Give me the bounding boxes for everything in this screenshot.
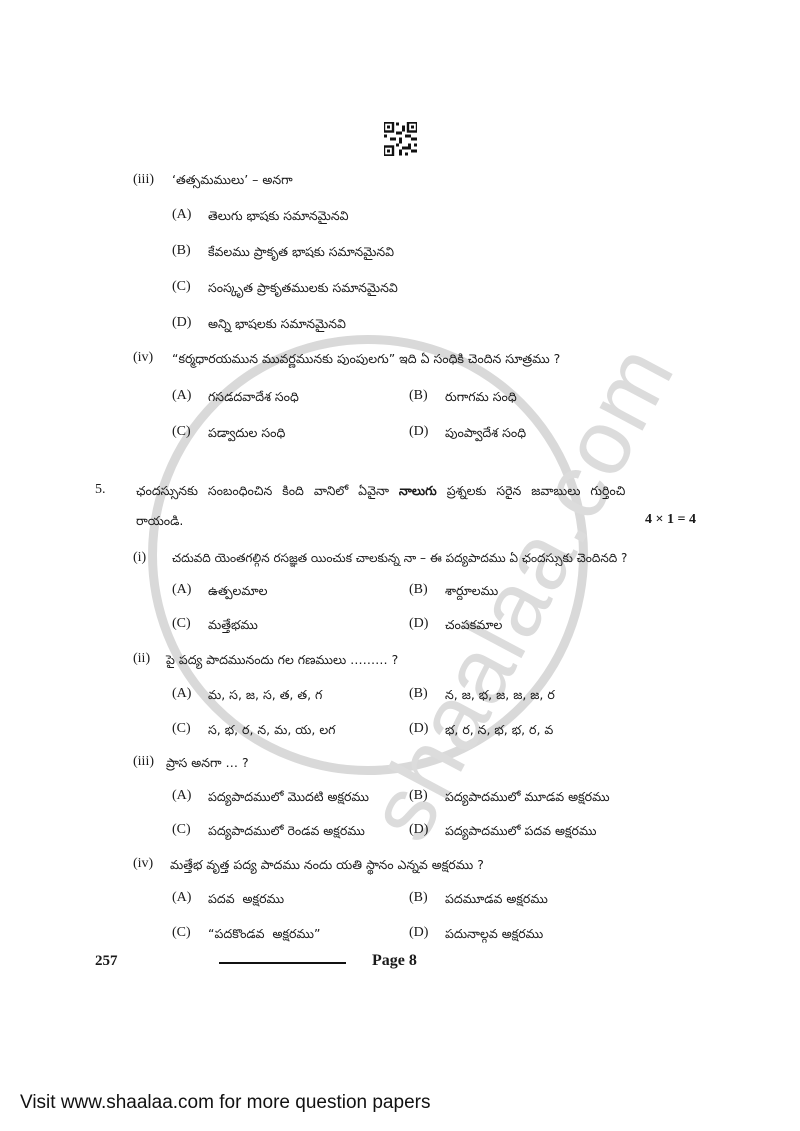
subquestion-number: (iii) xyxy=(133,754,154,770)
option-text: పుంప్వాదేశ సంధి xyxy=(445,425,526,444)
option-label: (A) xyxy=(172,788,191,804)
subquestion-text: చదువది యెంతగల్గిన రసజ్ఞత యించుక చాలకున్న… xyxy=(172,551,627,568)
option-label: (C) xyxy=(172,616,191,632)
option-label: (B) xyxy=(409,582,428,598)
option-label: (C) xyxy=(172,721,191,737)
option-label: (D) xyxy=(409,616,428,632)
option-text: “పదకొండవ అక్షరము” xyxy=(208,926,320,945)
option-label: (B) xyxy=(409,890,428,906)
option-text: రుగాగమ సంధి xyxy=(445,389,517,408)
option-label: (B) xyxy=(409,388,428,404)
option-text: తెలుగు భాషకు సమానమైనవి xyxy=(208,208,349,227)
question-number: (iv) xyxy=(133,350,153,366)
question-text: ఛందస్సునకు సంబంధించిన కింది వానిలో ఏవైనా… xyxy=(136,483,625,502)
subquestion-number: (iv) xyxy=(133,856,153,872)
option-text: న, జ, భ, జ, జ, జ, ర xyxy=(445,687,555,706)
subquestion-number: (ii) xyxy=(133,651,150,667)
option-label: (B) xyxy=(409,788,428,804)
option-text: శార్దూలము xyxy=(445,583,498,602)
option-label: (A) xyxy=(172,890,191,906)
option-text: సంస్కృత ప్రాకృతములకు సమానమైనవి xyxy=(208,280,398,299)
option-label: (D) xyxy=(409,721,428,737)
option-text: గసడదవాదేశ సంధి xyxy=(208,389,299,408)
paper-code: 257 xyxy=(95,953,118,970)
option-text: మత్తేభము xyxy=(208,617,258,636)
question-text: ‘తత్సమములు’ – అనగా xyxy=(172,172,293,191)
option-label: (B) xyxy=(172,243,191,259)
subquestion-number: (i) xyxy=(133,550,146,566)
option-text: ఉత్పలమాల xyxy=(208,583,267,602)
option-text: భ, ర, న, భ, భ, ర, వ xyxy=(445,722,553,741)
watermark-text: shaalaa.com xyxy=(348,328,696,857)
subquestion-text: ప్రాస అనగా … ? xyxy=(166,755,249,774)
qr-code-icon xyxy=(384,122,417,156)
question-text: “కర్మధారయమున మువర్ణమునకు పుంపులగు” ఇది ఏ… xyxy=(172,351,560,370)
option-label: (A) xyxy=(172,582,191,598)
option-text: పద్యపాదములో రెండవ అక్షరము xyxy=(208,823,365,842)
page-number: Page 8 xyxy=(372,952,417,970)
option-label: (D) xyxy=(409,822,428,838)
option-text: పద్యపాదములో మొదటి అక్షరము xyxy=(208,789,369,808)
option-label: (A) xyxy=(172,207,191,223)
option-text: పదవ అక్షరము xyxy=(208,891,284,910)
question-text-cont: రాయండి. xyxy=(136,513,183,532)
option-label: (A) xyxy=(172,388,191,404)
option-text: స, భ, ర, న, మ, య, లగ xyxy=(208,722,335,741)
option-text: అన్ని భాషలకు సమానమైనవి xyxy=(208,316,346,335)
option-label: (D) xyxy=(172,315,191,331)
visit-banner-link[interactable]: Visit www.shaalaa.com for more question … xyxy=(20,1092,430,1114)
option-text: పద్యపాదములో మూడవ అక్షరము xyxy=(445,789,610,808)
marks-allocation: 4 × 1 = 4 xyxy=(645,512,696,528)
question-number: (iii) xyxy=(133,172,154,188)
option-text: చంపకమాల xyxy=(445,617,502,636)
option-label: (D) xyxy=(409,925,428,941)
option-text: పదునాల్గవ అక్షరము xyxy=(445,926,543,945)
option-text: కేవలము ప్రాకృత భాషకు సమానమైనవి xyxy=(208,244,394,263)
footer-divider xyxy=(219,962,346,964)
subquestion-text: మత్తేభ వృత్త పద్య పాదము నందు యతి స్థానం … xyxy=(170,857,484,876)
emphasis-word: నాలుగు xyxy=(399,483,437,498)
option-label: (D) xyxy=(409,424,428,440)
option-text: పడ్వాదుల సంధి xyxy=(208,425,285,444)
option-label: (C) xyxy=(172,424,191,440)
option-label: (C) xyxy=(172,279,191,295)
option-label: (C) xyxy=(172,925,191,941)
option-text: పదమూడవ అక్షరము xyxy=(445,891,548,910)
option-label: (C) xyxy=(172,822,191,838)
option-text: మ, స, జ, స, త, త, గ xyxy=(208,687,322,706)
option-label: (B) xyxy=(409,686,428,702)
subquestion-text: పై పద్య పాదమునందు గల గణములు ……… ? xyxy=(166,652,398,671)
option-text: పద్యపాదములో పదవ అక్షరము xyxy=(445,823,597,842)
question-number: 5. xyxy=(95,482,106,498)
option-label: (A) xyxy=(172,686,191,702)
